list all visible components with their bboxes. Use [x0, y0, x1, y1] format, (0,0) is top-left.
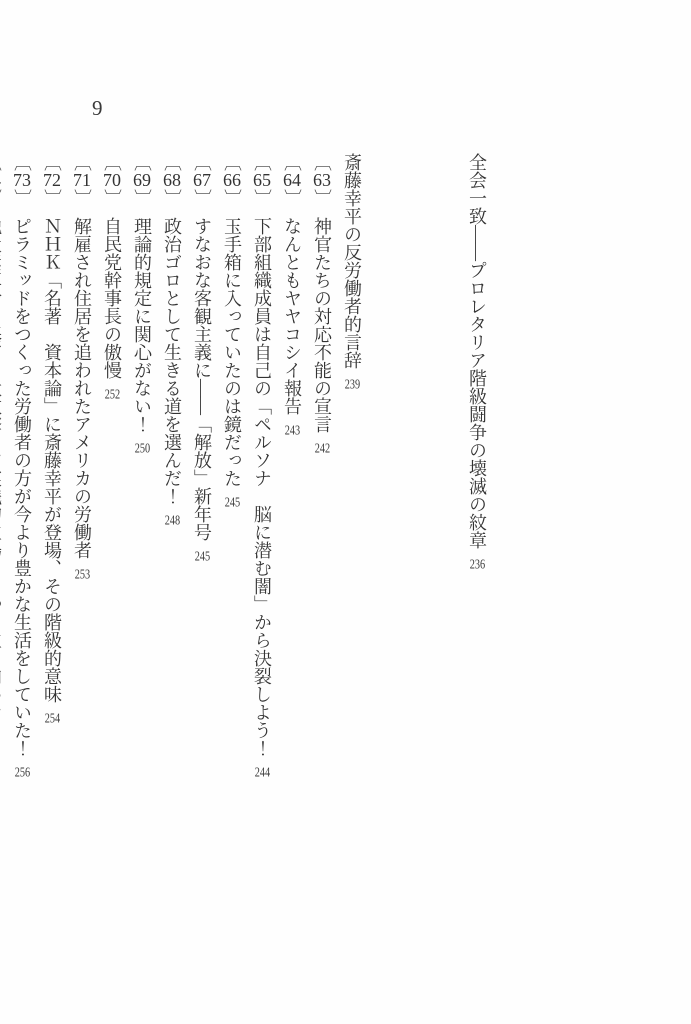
bracket-close: 〕 — [12, 189, 32, 207]
entry-title: 政治ゴロとして生きる道を選んだ！ — [162, 217, 182, 505]
book-page: 9 全会一致――プロレタリア階級闘争の壊滅の紋章236 斎藤幸平の反労働者的言辞… — [0, 0, 691, 1024]
entry-page-number: 248 — [165, 514, 180, 528]
bracket-close: 〕 — [42, 189, 62, 207]
entry-page-number: 253 — [75, 568, 90, 582]
entry-number: 〔74〕 — [0, 153, 2, 207]
toc-entry: 〔74〕脱炭素革命に基づく大攻撃に、実践的立場にたって立ち向かおう！259 — [0, 153, 7, 1013]
bracket-close: 〕 — [282, 189, 302, 207]
bracket-close: 〕 — [0, 189, 2, 207]
toc-entry: 〔71〕解雇され住居を追われたアメリカの労働者253 — [67, 153, 97, 1013]
entry-number-digits: 63 — [312, 171, 332, 189]
toc-entry: 全会一致――プロレタリア階級闘争の壊滅の紋章236 — [462, 153, 587, 1013]
entry-number-digits: 71 — [72, 171, 92, 189]
entry-page-number: 245 — [195, 550, 210, 564]
bracket-open: 〔 — [252, 153, 272, 171]
entry-title: ピラミッドをつくった労働者の方が今より豊かな生活をしていた！ — [12, 217, 32, 757]
entry-number-digits: 73 — [12, 171, 32, 189]
entry-title: 全会一致――プロレタリア階級闘争の壊滅の紋章 — [467, 153, 487, 549]
entry-title: なんともヤヤコシイ報告 — [282, 217, 302, 415]
toc-entry: 〔66〕玉手箱に入っていたのは鏡だった245 — [217, 153, 247, 1013]
bracket-close: 〕 — [192, 189, 212, 207]
entry-page-number: 254 — [45, 712, 60, 726]
entry-page-number: 256 — [15, 766, 30, 780]
bracket-open: 〔 — [0, 153, 2, 171]
bracket-close: 〕 — [72, 189, 92, 207]
entry-page-number: 244 — [255, 766, 270, 780]
bracket-open: 〔 — [72, 153, 92, 171]
entry-number: 〔72〕 — [42, 153, 62, 207]
entry-title: 下部組織成員は自己の「ペルソナ 脳に潜む闇」から決裂しよう！ — [252, 217, 272, 757]
entry-number: 〔69〕 — [132, 153, 152, 207]
entry-number-digits: 67 — [192, 171, 212, 189]
entry-title: 神官たちの対応不能の宣言 — [312, 217, 332, 433]
entry-page-number: 239 — [345, 378, 360, 392]
entry-title: 脱炭素革命に基づく大攻撃に、実践的立場にたって立ち向かおう！ — [0, 217, 2, 757]
entry-page-number: 236 — [470, 558, 485, 572]
bracket-close: 〕 — [162, 189, 182, 207]
bracket-open: 〔 — [222, 153, 242, 171]
entry-number-digits: 64 — [282, 171, 302, 189]
entry-title: 理論的規定に関心がない！ — [132, 217, 152, 433]
entry-page-number: 243 — [285, 424, 300, 438]
toc-entry: 〔68〕政治ゴロとして生きる道を選んだ！248 — [157, 153, 187, 1013]
entry-number-digits: 65 — [252, 171, 272, 189]
entry-number-digits: 70 — [102, 171, 122, 189]
entry-title: 自民党幹事長の傲慢 — [102, 217, 122, 379]
toc-entry: 〔70〕自民党幹事長の傲慢252 — [97, 153, 127, 1013]
entry-page-number: 252 — [105, 388, 120, 402]
bracket-close: 〕 — [102, 189, 122, 207]
entry-number: 〔63〕 — [312, 153, 332, 207]
entry-number-digits: 68 — [162, 171, 182, 189]
entry-title: 解雇され住居を追われたアメリカの労働者 — [72, 217, 92, 559]
entry-page-number: 245 — [225, 496, 240, 510]
bracket-open: 〔 — [102, 153, 122, 171]
entry-number-digits: 69 — [132, 171, 152, 189]
entry-number-digits: 74 — [0, 171, 2, 189]
entry-number: 〔71〕 — [72, 153, 92, 207]
toc-entry: 〔64〕なんともヤヤコシイ報告243 — [277, 153, 307, 1013]
bracket-open: 〔 — [12, 153, 32, 171]
bracket-open: 〔 — [282, 153, 302, 171]
entry-number: 〔66〕 — [222, 153, 242, 207]
toc-entry: 斎藤幸平の反労働者的言辞239 — [337, 153, 462, 1013]
entry-number-digits: 72 — [42, 171, 62, 189]
bracket-open: 〔 — [312, 153, 332, 171]
entry-number: 〔68〕 — [162, 153, 182, 207]
entry-title: ＮＨＫ「名著 資本論」に斎藤幸平が登場、その階級的意味 — [42, 217, 62, 703]
bracket-close: 〕 — [312, 189, 332, 207]
bracket-open: 〔 — [162, 153, 182, 171]
page-folio: 9 — [92, 96, 103, 121]
toc-column-list: 全会一致――プロレタリア階級闘争の壊滅の紋章236 斎藤幸平の反労働者的言辞23… — [0, 153, 587, 1013]
bracket-open: 〔 — [42, 153, 62, 171]
entry-number: 〔67〕 — [192, 153, 212, 207]
entry-number: 〔65〕 — [252, 153, 272, 207]
toc-entry: 〔69〕理論的規定に関心がない！250 — [127, 153, 157, 1013]
toc-entry: 〔63〕神官たちの対応不能の宣言242 — [307, 153, 337, 1013]
toc-entry: 〔67〕すなおな客観主義に――「解放」新年号245 — [187, 153, 217, 1013]
toc-entry: 〔72〕ＮＨＫ「名著 資本論」に斎藤幸平が登場、その階級的意味254 — [37, 153, 67, 1013]
bracket-open: 〔 — [192, 153, 212, 171]
entry-title: 玉手箱に入っていたのは鏡だった — [222, 217, 242, 487]
entry-number-digits: 66 — [222, 171, 242, 189]
entry-page-number: 250 — [135, 442, 150, 456]
toc-entry: 〔73〕ピラミッドをつくった労働者の方が今より豊かな生活をしていた！256 — [7, 153, 37, 1013]
entry-number: 〔70〕 — [102, 153, 122, 207]
bracket-close: 〕 — [132, 189, 152, 207]
bracket-close: 〕 — [252, 189, 272, 207]
bracket-open: 〔 — [132, 153, 152, 171]
bracket-close: 〕 — [222, 189, 242, 207]
entry-number: 〔64〕 — [282, 153, 302, 207]
entry-title: すなおな客観主義に――「解放」新年号 — [192, 217, 212, 541]
toc-entry: 〔65〕下部組織成員は自己の「ペルソナ 脳に潜む闇」から決裂しよう！244 — [247, 153, 277, 1013]
entry-page-number: 242 — [315, 442, 330, 456]
entry-title: 斎藤幸平の反労働者的言辞 — [342, 153, 362, 369]
entry-number: 〔73〕 — [12, 153, 32, 207]
